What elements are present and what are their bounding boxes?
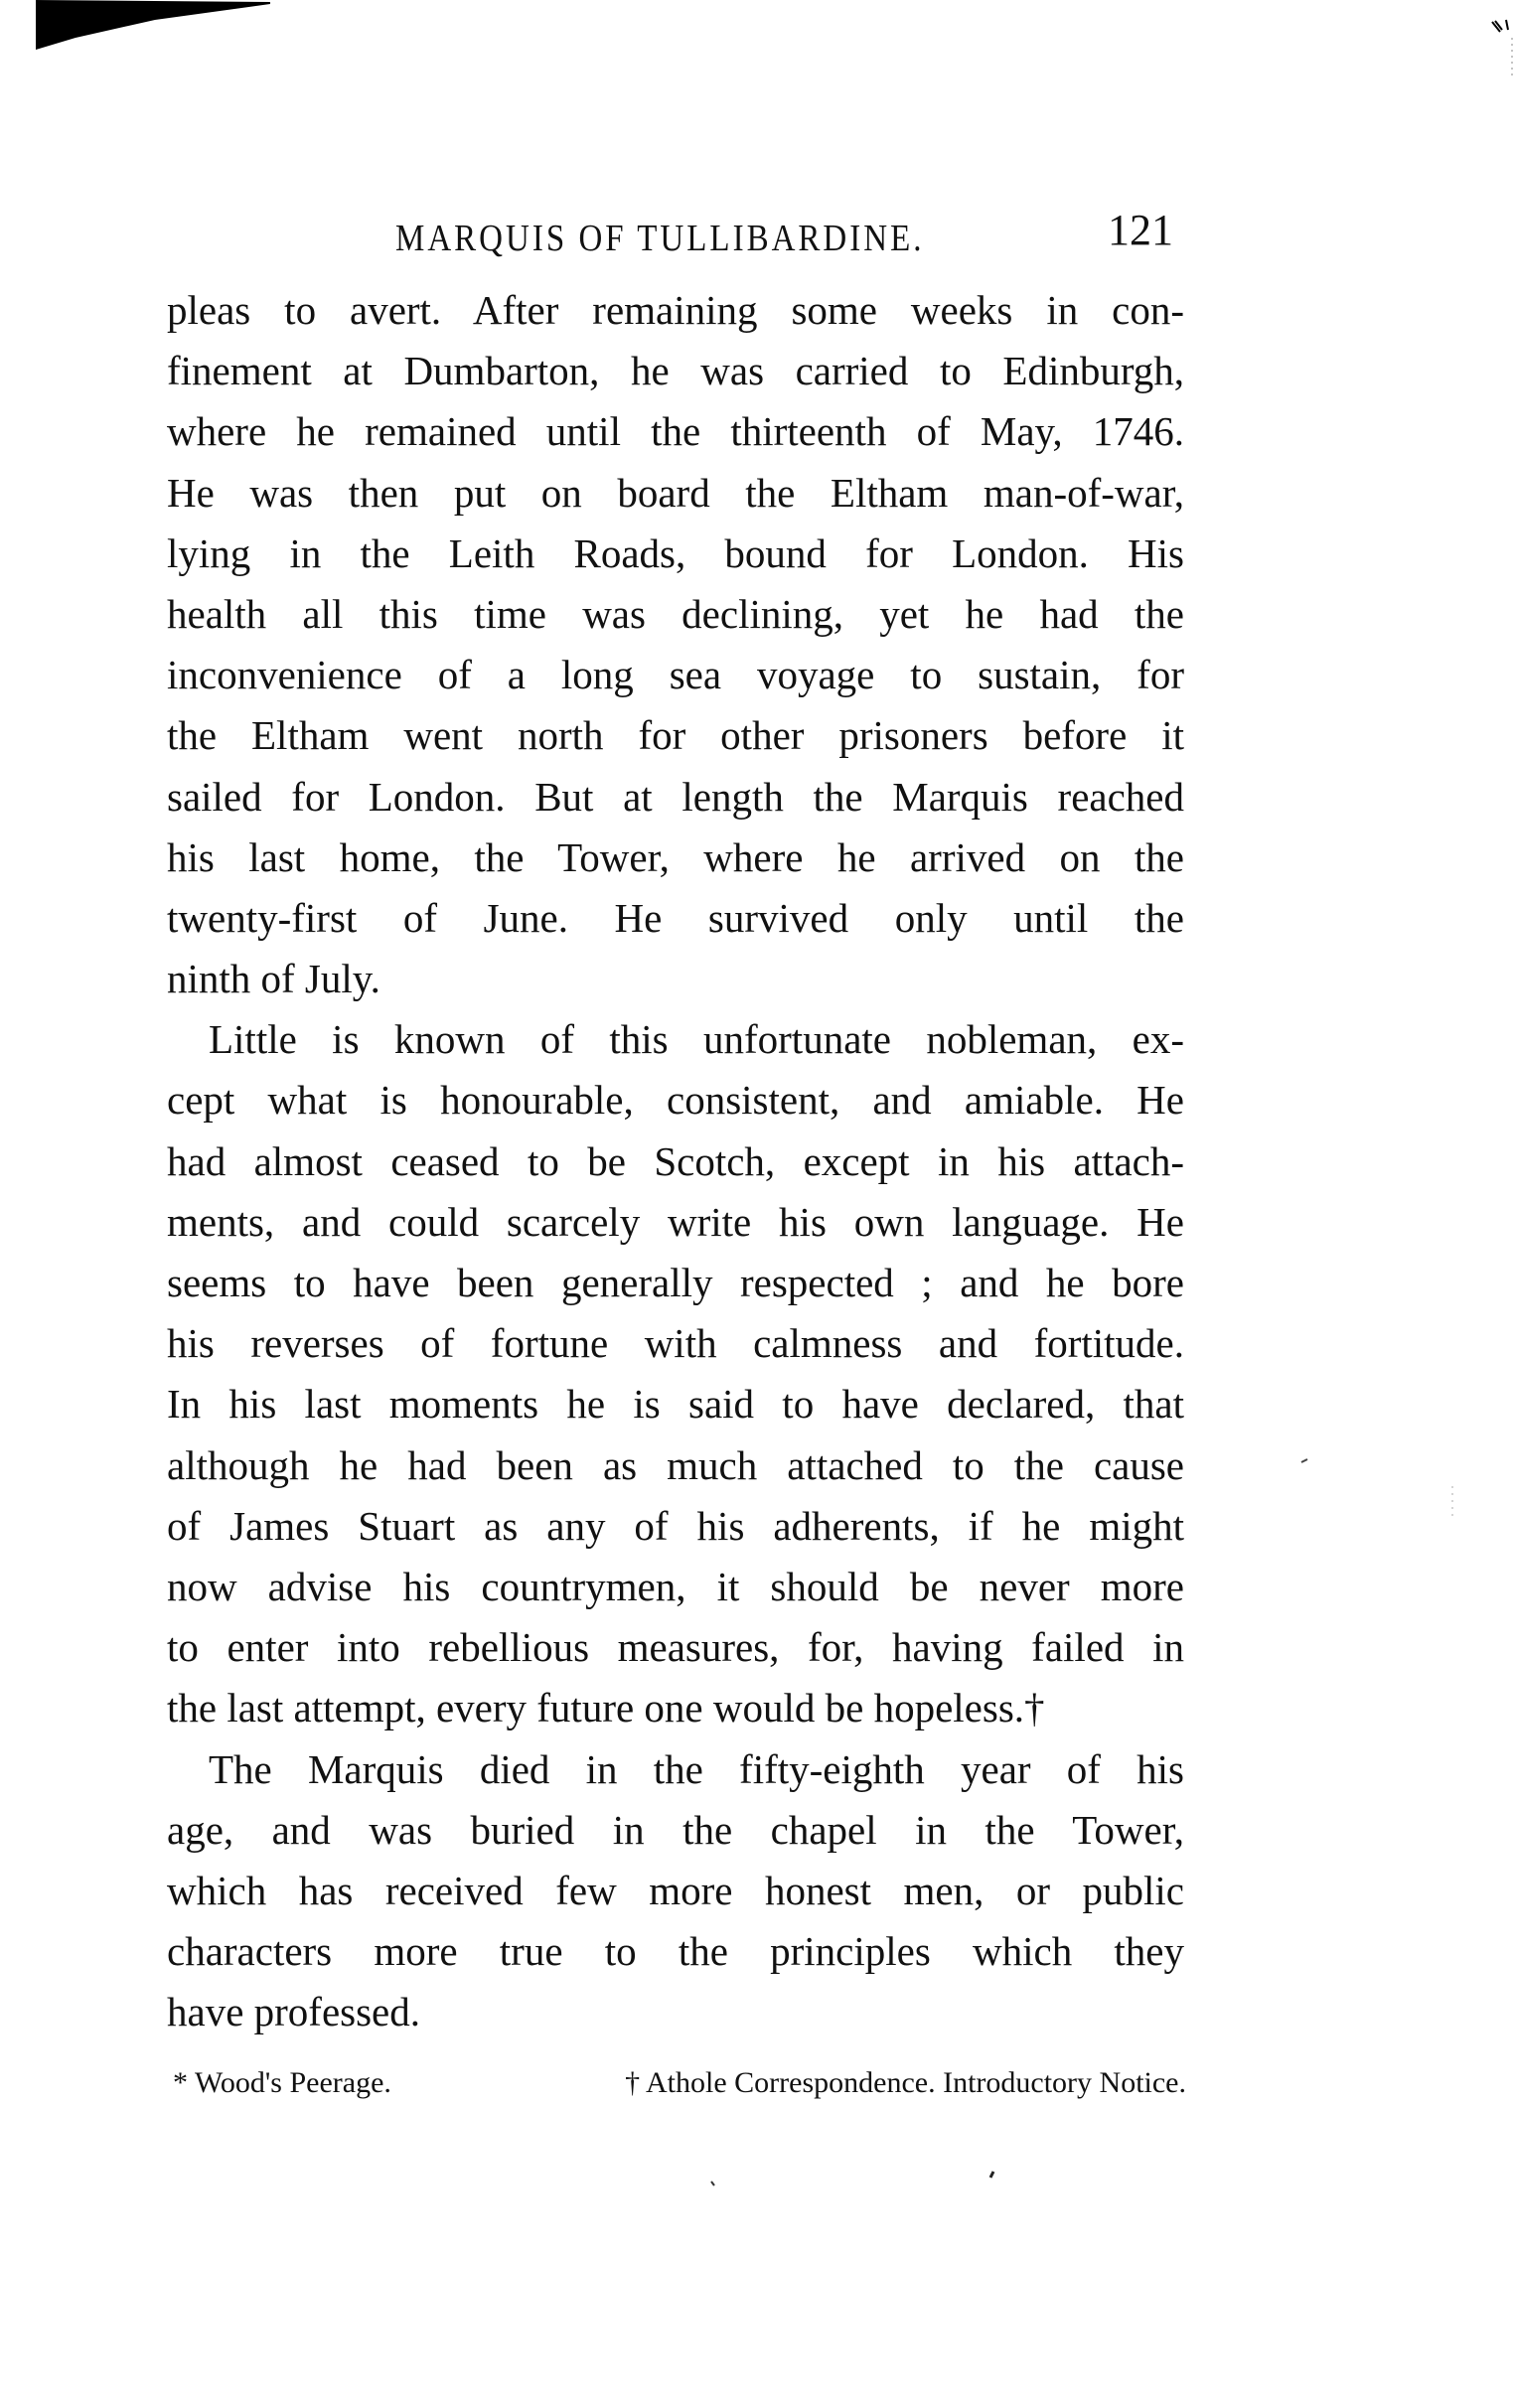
scan-specks bbox=[0, 0, 1515, 2408]
